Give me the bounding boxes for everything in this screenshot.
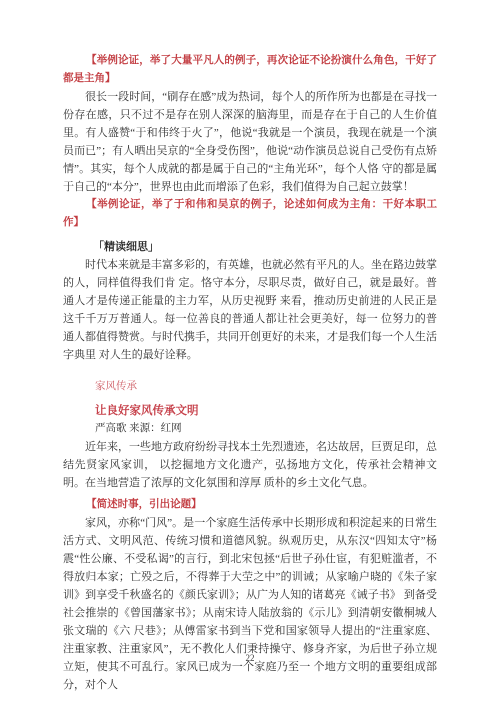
page-number: 22 [0, 653, 500, 663]
document-content: 【举例论证，举了大量平凡人的例子，再次论证不论扮演什么角色，干好了都是主角】 很… [63, 52, 437, 694]
annotation-example-argument-2: 【举例论证，举了于和伟和吴京的例子，论述如何成为主角：干好本职工作】 [63, 196, 437, 232]
document-page: 【举例论证，举了大量平凡人的例子，再次论证不论扮演什么角色，干好了都是主角】 很… [0, 0, 500, 707]
section-label-family-tradition: 家风传承 [63, 378, 437, 396]
paragraph-ordinary-people: 时代本来就是丰富多彩的，有英雄，也就必然有平凡的人。坐在路边鼓掌的人，同样值得我… [63, 256, 437, 364]
article-byline: 严高歌 来源：红网 [63, 420, 437, 438]
annotation-example-argument-1: 【举例论证，举了大量平凡人的例子，再次论证不论扮演什么角色，干好了都是主角】 [63, 52, 437, 88]
article-title-family-virtue: 让良好家风传承文明 [63, 402, 437, 420]
heading-close-reading: 「精读细思」 [63, 238, 437, 256]
annotation-introduce-topic: 【简述时事，引出论题】 [63, 496, 437, 514]
paragraph-sense-of-existence: 很长一段时间，“刷存在感”成为热词，每个人的所作所为也都是在寻找一份存在感，只不… [63, 88, 437, 196]
paragraph-local-government-heritage: 近年来，一些地方政府纷纷寻找本土先烈遗迹，名达故居，巨贾足印，总结先贤家风家训，… [63, 438, 437, 492]
paragraph-family-style-history: 家风，亦称“门风”。是一个家庭生活传承中长期形成和积淀起来的日常生活方式、文明风… [63, 514, 437, 694]
